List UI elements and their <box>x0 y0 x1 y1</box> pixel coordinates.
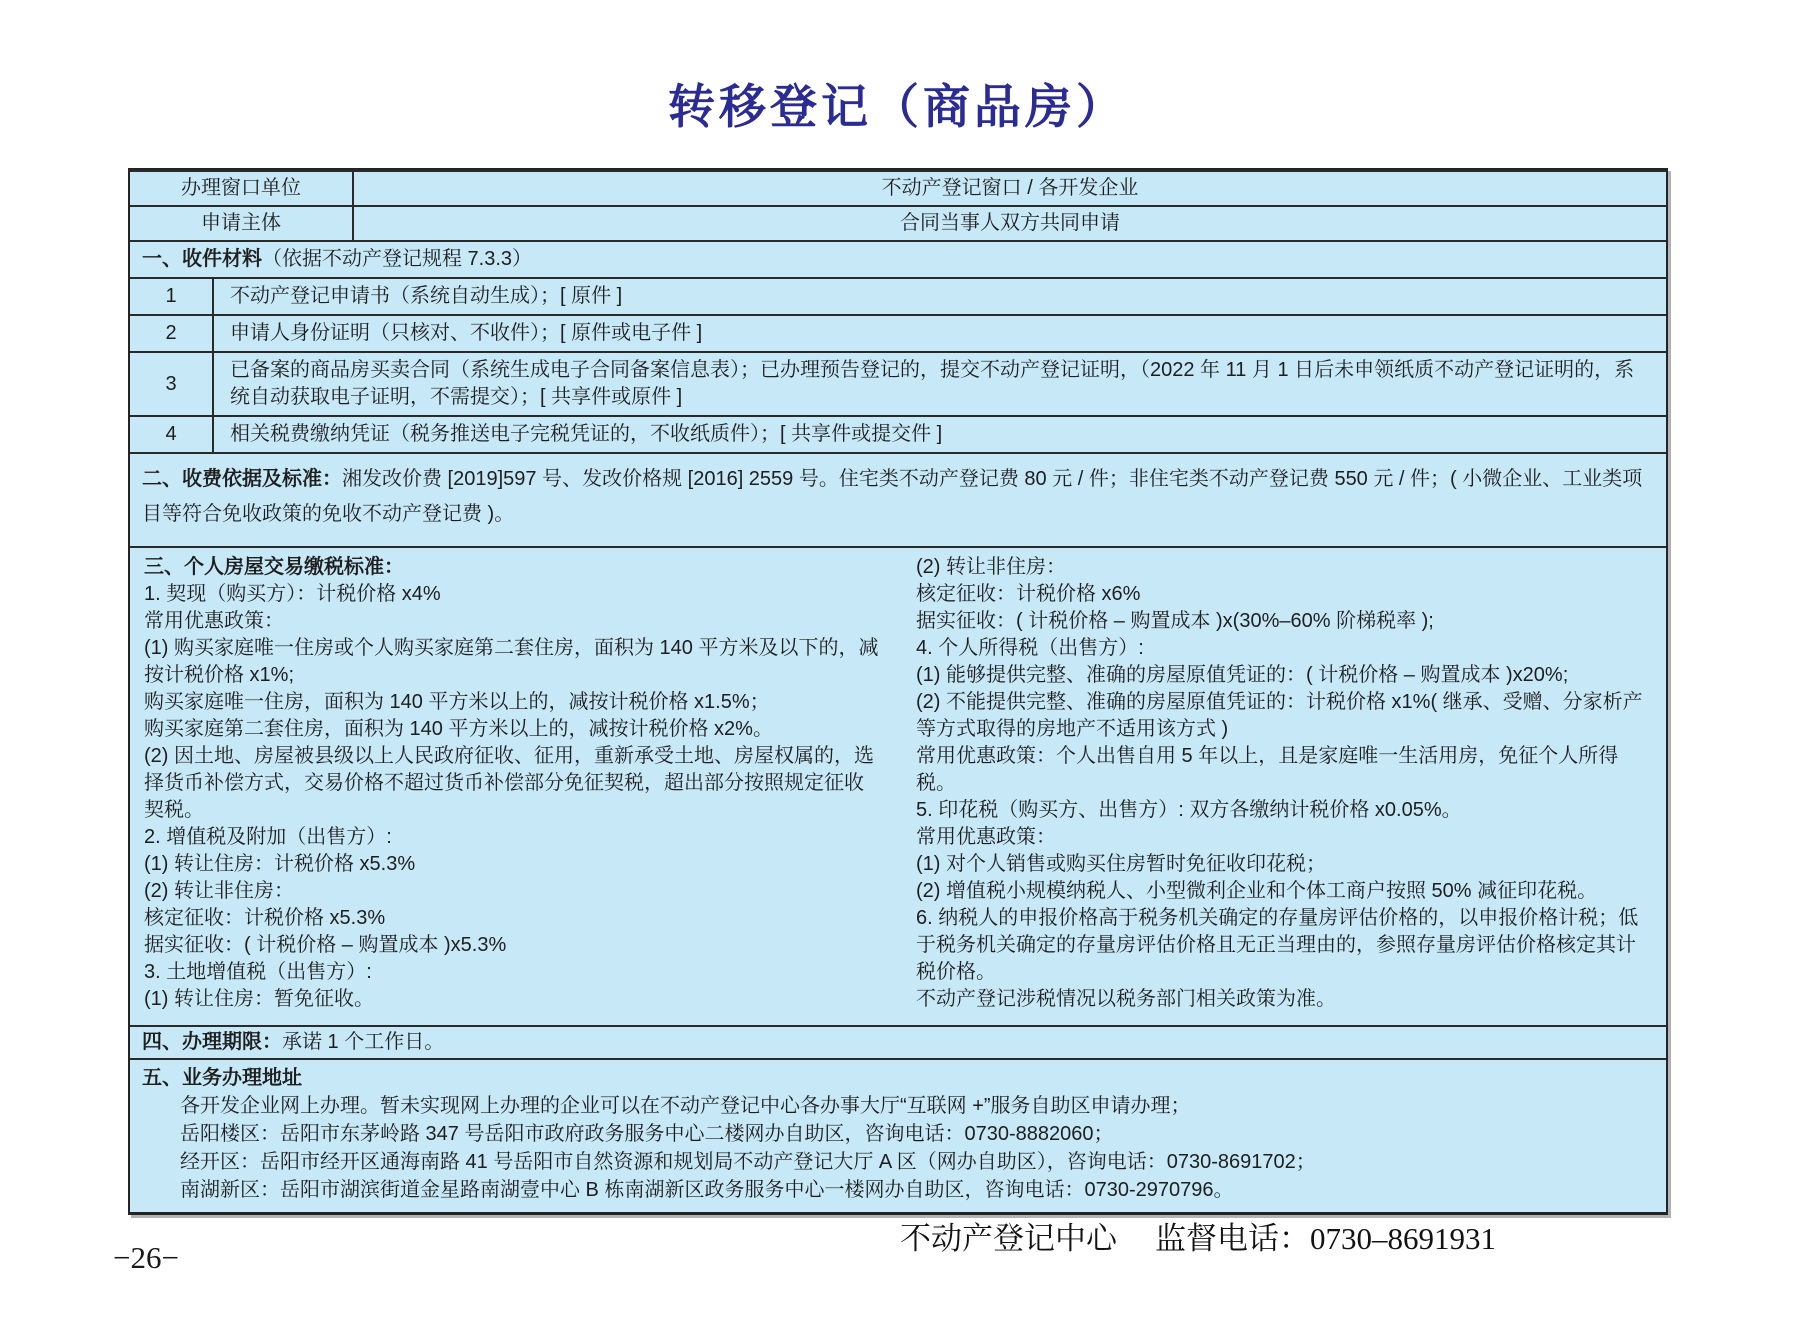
section5-heading-bold: 五、业务办理地址 <box>142 1064 1654 1092</box>
address-line: 南湖新区：岳阳市湖滨街道金星路南湖壹中心 B 栋南湖新区政务服务中心一楼网办自助… <box>142 1176 1654 1204</box>
material-text: 相关税费缴纳凭证（税务推送电子完税凭证的，不收纸质件）；[ 共享件或提交件 ] <box>214 417 1666 452</box>
page-number: −26− <box>113 1240 179 1276</box>
tax-line: (2) 转让非住房： <box>144 878 880 905</box>
section3-heading-bold: 三、个人房屋交易缴税标准： <box>144 554 880 581</box>
material-text: 申请人身份证明（只核对、不收件）；[ 原件或电子件 ] <box>214 316 1666 351</box>
info-row-label: 申请主体 <box>130 207 354 240</box>
tax-line: 2. 增值税及附加（出售方）: <box>144 824 880 851</box>
material-number: 4 <box>130 417 214 452</box>
section3-left-column: 三、个人房屋交易缴税标准： 1. 契现（购买方）：计税价格 x4% 常用优惠政策… <box>144 554 880 1013</box>
material-row: 3 已备案的商品房买卖合同（系统生成电子合同备案信息表）；已办理预告登记的，提交… <box>130 351 1666 415</box>
tax-line: (2) 转让非住房： <box>916 554 1652 581</box>
page-title: 转移登记（商品房） <box>0 70 1795 137</box>
material-text: 不动产登记申请书（系统自动生成）；[ 原件 ] <box>214 279 1666 314</box>
tax-line: 据实征收：( 计税价格 – 购置成本 )x(30%–60% 阶梯税率 ); <box>916 608 1652 635</box>
tax-line: 常用优惠政策：个人出售自用 5 年以上，且是家庭唯一生活用房，免征个人所得税。 <box>916 743 1652 797</box>
info-row-value: 不动产登记窗口 / 各开发企业 <box>354 173 1666 204</box>
info-row-label: 办理窗口单位 <box>130 172 354 205</box>
address-line: 岳阳楼区：岳阳市东茅岭路 347 号岳阳市政府政务服务中心二楼网办自助区，咨询电… <box>142 1120 1654 1148</box>
tax-line: (1) 能够提供完整、准确的房屋原值凭证的：( 计税价格 – 购置成本 )x20… <box>916 662 1652 689</box>
section3-left-lines: 1. 契现（购买方）：计税价格 x4% 常用优惠政策： (1) 购买家庭唯一住房… <box>144 581 880 1013</box>
material-number: 3 <box>130 353 214 415</box>
tax-line: 核定征收：计税价格 x6% <box>916 581 1652 608</box>
section1-heading: 一、收件材料（依据不动产登记规程 7.3.3） <box>130 240 1666 277</box>
tax-line: (1) 购买家庭唯一住房或个人购买家庭第二套住房，面积为 140 平方米及以下的… <box>144 635 880 689</box>
info-row: 申请主体 合同当事人双方共同申请 <box>130 205 1666 240</box>
material-row: 4 相关税费缴纳凭证（税务推送电子完税凭证的，不收纸质件）；[ 共享件或提交件 … <box>130 415 1666 452</box>
address-line: 各开发企业网上办理。暂未实现网上办理的企业可以在不动产登记中心各办事大厅“互联网… <box>142 1092 1654 1120</box>
material-row: 2 申请人身份证明（只核对、不收件）；[ 原件或电子件 ] <box>130 314 1666 351</box>
material-text-value: 申请人身份证明（只核对、不收件）；[ 原件或电子件 ] <box>230 320 702 347</box>
section2-text: 湘发改价费 [2019]597 号、发改价格规 [2016] 2559 号。住宅… <box>142 468 1642 525</box>
section2-heading-bold: 二、收费依据及标准： <box>142 468 342 490</box>
material-number: 1 <box>130 279 214 314</box>
footer-contact: 不动产登记中心 监督电话：0730–8691931 <box>900 1213 1600 1258</box>
section3-right-lines: (2) 转让非住房： 核定征收：计税价格 x6% 据实征收：( 计税价格 – 购… <box>916 554 1652 1013</box>
section3-tax-standards: 三、个人房屋交易缴税标准： 1. 契现（购买方）：计税价格 x4% 常用优惠政策… <box>130 546 1666 1025</box>
material-row: 1 不动产登记申请书（系统自动生成）；[ 原件 ] <box>130 277 1666 314</box>
tax-line: 购买家庭唯一住房，面积为 140 平方米以上的，减按计税价格 x1.5%； <box>144 689 880 716</box>
tax-line: 6. 纳税人的申报价格高于税务机关确定的存量房评估价格的，以申报价格计税；低于税… <box>916 905 1652 986</box>
material-text-value: 不动产登记申请书（系统自动生成）；[ 原件 ] <box>230 283 622 310</box>
tax-line: (1) 转让住房：暂免征收。 <box>144 986 880 1013</box>
tax-line: (2) 不能提供完整、准确的房屋原值凭证的：计税价格 x1%( 继承、受赠、分家… <box>916 689 1652 743</box>
section2-fees: 二、收费依据及标准：湘发改价费 [2019]597 号、发改价格规 [2016]… <box>130 452 1666 546</box>
address-line: 经开区：岳阳市经开区通海南路 41 号岳阳市自然资源和规划局不动产登记大厅 A … <box>142 1148 1654 1176</box>
info-rows: 办理窗口单位 不动产登记窗口 / 各开发企业 申请主体 合同当事人双方共同申请 <box>130 170 1666 240</box>
tax-line: 1. 契现（购买方）：计税价格 x4% <box>144 581 880 608</box>
section5-address-lines: 各开发企业网上办理。暂未实现网上办理的企业可以在不动产登记中心各办事大厅“互联网… <box>142 1092 1654 1204</box>
section5-locations: 五、业务办理地址 各开发企业网上办理。暂未实现网上办理的企业可以在不动产登记中心… <box>130 1058 1666 1212</box>
tax-line: 4. 个人所得税（出售方）: <box>916 635 1652 662</box>
tax-line: 不动产登记涉税情况以税务部门相关政策为准。 <box>916 986 1652 1013</box>
section1-heading-rest: （依据不动产登记规程 7.3.3） <box>262 248 532 270</box>
material-text-value: 相关税费缴纳凭证（税务推送电子完税凭证的，不收纸质件）；[ 共享件或提交件 ] <box>230 421 942 448</box>
tax-line: 核定征收：计税价格 x5.3% <box>144 905 880 932</box>
tax-line: 常用优惠政策： <box>144 608 880 635</box>
tax-line: (2) 增值税小规模纳税人、小型微利企业和个体工商户按照 50% 减征印花税。 <box>916 878 1652 905</box>
document-table: 办理窗口单位 不动产登记窗口 / 各开发企业 申请主体 合同当事人双方共同申请 … <box>128 168 1668 1215</box>
tax-line: 购买家庭第二套住房，面积为 140 平方米以上的，减按计税价格 x2%。 <box>144 716 880 743</box>
footer-supervision-phone: 监督电话：0730–8691931 <box>1155 1213 1496 1258</box>
section1-heading-bold: 一、收件材料 <box>142 248 262 270</box>
tax-line: (2) 因土地、房屋被县级以上人民政府征收、征用，重新承受土地、房屋权属的，选择… <box>144 743 880 824</box>
footer-org-name: 不动产登记中心 <box>900 1213 1117 1258</box>
tax-line: 据实征收：( 计税价格 – 购置成本 )x5.3% <box>144 932 880 959</box>
tax-line: (1) 对个人销售或购买住房暂时免征收印花税； <box>916 851 1652 878</box>
material-number: 2 <box>130 316 214 351</box>
info-row-value: 合同当事人双方共同申请 <box>354 208 1666 239</box>
section3-right-column: (2) 转让非住房： 核定征收：计税价格 x6% 据实征收：( 计税价格 – 购… <box>916 554 1652 1013</box>
tax-line: 常用优惠政策： <box>916 824 1652 851</box>
section4-heading-bold: 四、办理期限： <box>142 1031 282 1053</box>
tax-line: 3. 土地增值税（出售方）: <box>144 959 880 986</box>
section4-deadline: 四、办理期限：承诺 1 个工作日。 <box>130 1025 1666 1058</box>
material-text-value: 已备案的商品房买卖合同（系统生成电子合同备案信息表）；已办理预告登记的，提交不动… <box>230 357 1650 411</box>
materials-list: 1 不动产登记申请书（系统自动生成）；[ 原件 ] 2 申请人身份证明（只核对、… <box>130 277 1666 452</box>
info-row: 办理窗口单位 不动产登记窗口 / 各开发企业 <box>130 170 1666 205</box>
tax-line: 5. 印花税（购买方、出售方）: 双方各缴纳计税价格 x0.05%。 <box>916 797 1652 824</box>
material-text: 已备案的商品房买卖合同（系统生成电子合同备案信息表）；已办理预告登记的，提交不动… <box>214 353 1666 415</box>
section4-text: 承诺 1 个工作日。 <box>282 1031 444 1053</box>
tax-line: (1) 转让住房：计税价格 x5.3% <box>144 851 880 878</box>
